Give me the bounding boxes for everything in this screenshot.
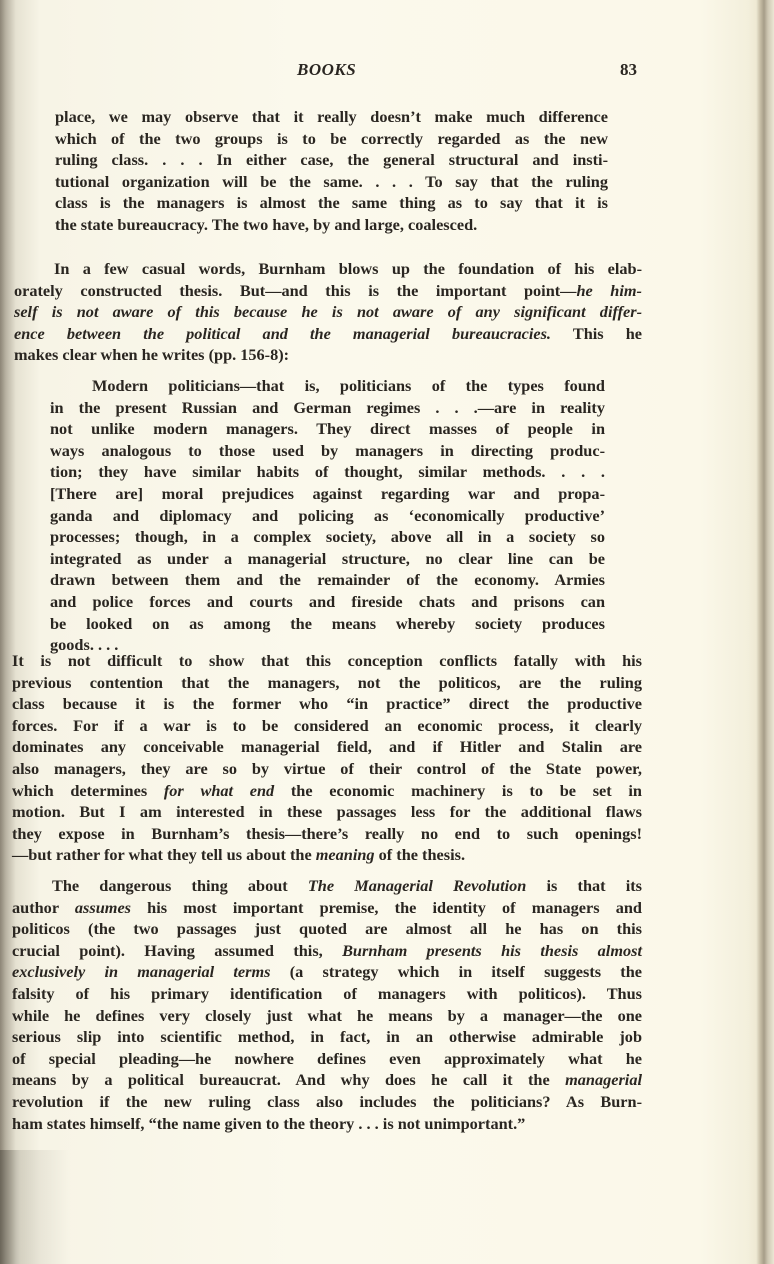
quote-line: ganda and diplomacy and policing as ‘eco… [50,505,605,527]
quote-line: processes; though, in a complex society,… [50,526,605,548]
paragraph-line: of special pleading—he nowhere defines e… [12,1048,642,1070]
paragraph-line: revolution if the new ruling class also … [12,1091,642,1113]
quote-line: [There are] moral prejudices against reg… [50,483,605,505]
quote-line: ruling class. . . . In either case, the … [55,149,608,171]
italic-run: ence between the political and the manag… [14,324,551,343]
text-run: crucial point). Having assumed this, [12,941,342,960]
paragraph-line: dominates any conceivable managerial fie… [12,736,642,758]
quote-line: which of the two groups is to be correct… [55,128,608,150]
text-run: his most important premise, the identity… [131,898,642,917]
text-run: which determines [12,781,164,800]
running-head: BOOKS [297,60,356,80]
block-quote-2: Modern politicians—that is, politicians … [50,375,605,656]
paragraph-1: In a few casual words, Burnham blows up … [14,258,642,366]
text-run: This he [551,324,642,343]
text-run: The dangerous thing about [52,876,308,895]
paragraph-line: previous contention that the managers, n… [12,672,642,694]
italic-run: Burnham presents his thesis almost [342,941,642,960]
paragraph-line: forces. For if a war is to be considered… [12,715,642,737]
paragraph-line: which determines for what end the econom… [12,780,642,802]
page-header: BOOKS 83 [0,60,774,86]
book-title-italic: The Managerial Revolution [308,876,527,895]
paragraph-line: means by a political bureaucrat. And why… [12,1069,642,1091]
text-run: the economic machinery is to be set in [274,781,642,800]
quote-line: Modern politicians—that is, politicians … [50,375,605,397]
quote-line: be looked on as among the means whereby … [50,613,605,635]
text-run: (a strategy which in itself suggests the [270,962,642,981]
quote-line: ways analogous to those used by managers… [50,440,605,462]
paragraph-line: —but rather for what they tell us about … [12,844,642,866]
block-quote-1: place, we may observe that it really doe… [55,106,608,236]
text-run: is that its [526,876,642,895]
paragraph-line: The dangerous thing about The Managerial… [12,875,642,897]
paragraph-line: ence between the political and the manag… [14,323,642,345]
paragraph-line: motion. But I am interested in these pas… [12,801,642,823]
text-run: of the thesis. [375,845,465,864]
page-number: 83 [620,60,637,80]
paragraph-line: also managers, they are so by virtue of … [12,758,642,780]
paragraph-line: serious slip into scientific method, in … [12,1026,642,1048]
paragraph-line: crucial point). Having assumed this, Bur… [12,940,642,962]
paragraph-line: orately constructed thesis. But—and this… [14,280,642,302]
paragraph-2: It is not difficult to show that this co… [12,650,642,866]
text-run: means by a political bureaucrat. And why… [12,1070,565,1089]
quote-line: and police forces and courts and firesid… [50,591,605,613]
paragraph-line: author assumes his most important premis… [12,897,642,919]
italic-run: exclusively in managerial terms [12,962,270,981]
paragraph-line: while he defines very closely just what … [12,1005,642,1027]
book-spine-edge [756,0,774,1264]
italic-run: he him- [576,281,642,300]
quote-line: not unlike modern managers. They direct … [50,418,605,440]
italic-run: self is not aware of this because he is … [14,302,642,321]
text-run: —but rather for what they tell us about … [12,845,316,864]
italic-run: for what end [164,781,274,800]
page-gutter-shadow [0,1150,80,1264]
quote-line: tutional organization will be the same. … [55,171,608,193]
paragraph-line: exclusively in managerial terms (a strat… [12,961,642,983]
paragraph-line: self is not aware of this because he is … [14,301,642,323]
quote-line: class is the managers is almost the same… [55,192,608,214]
paragraph-line: In a few casual words, Burnham blows up … [14,258,642,280]
quote-line: in the present Russian and German regime… [50,397,605,419]
quote-line: drawn between them and the remainder of … [50,569,605,591]
paragraph-line: class because it is the former who “in p… [12,693,642,715]
quote-line: the state bureaucracy. The two have, by … [55,214,608,236]
quote-line: integrated as under a managerial structu… [50,548,605,570]
paragraph-line: makes clear when he writes (pp. 156-8): [14,344,642,366]
italic-run: managerial [565,1070,642,1089]
paragraph-line: It is not difficult to show that this co… [12,650,642,672]
quote-line: tion; they have similar habits of though… [50,461,605,483]
italic-run: meaning [316,845,375,864]
paragraph-line: ham states himself, “the name given to t… [12,1113,642,1135]
text-run: author [12,898,75,917]
italic-run: assumes [75,898,131,917]
quote-line: place, we may observe that it really doe… [55,106,608,128]
text-run: orately constructed thesis. But—and this… [14,281,576,300]
paragraph-line: they expose in Burnham’s thesis—there’s … [12,823,642,845]
paragraph-line: falsity of his primary identification of… [12,983,642,1005]
paragraph-3: The dangerous thing about The Managerial… [12,875,642,1134]
paragraph-line: politicos (the two passages just quoted … [12,918,642,940]
